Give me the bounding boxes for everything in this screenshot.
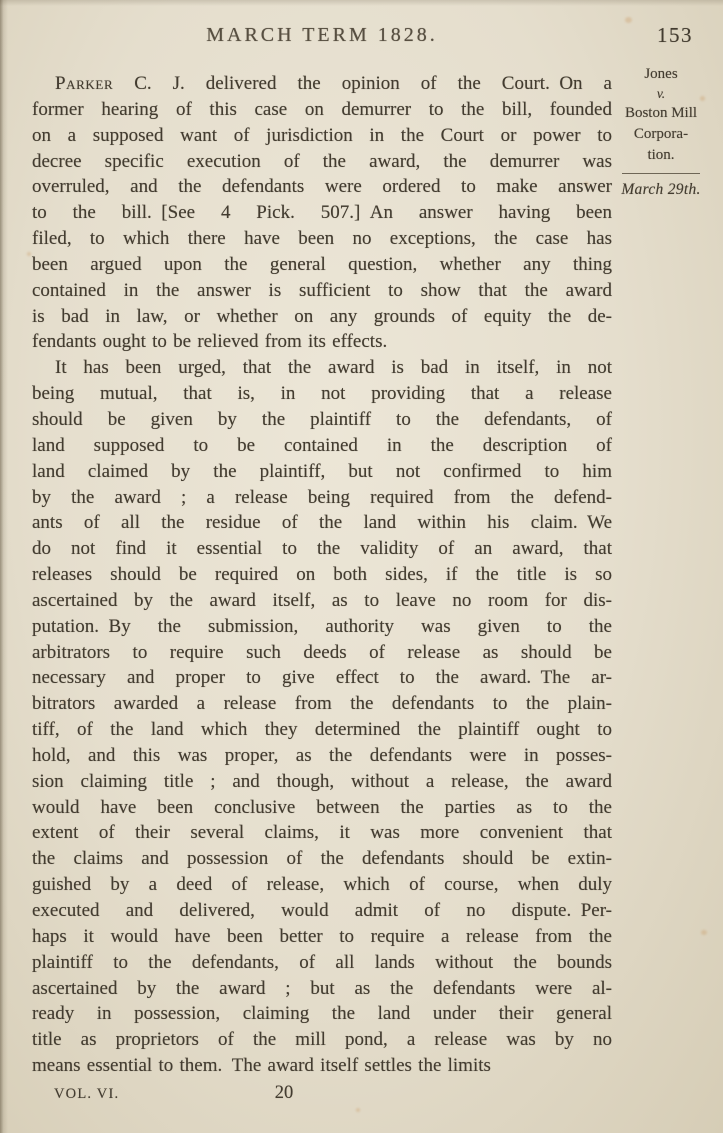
page-left-edge-shadow bbox=[0, 0, 8, 1133]
opening-line-rest: C. J. delivered the opinion of the Court… bbox=[113, 73, 612, 94]
text-line: land supposed to be contained in the des… bbox=[32, 433, 612, 459]
text-line: to the bill. [See 4 Pick. 507.] An answe… bbox=[32, 200, 612, 226]
paper-stain bbox=[356, 1108, 360, 1112]
text-line: by the award ; a release being required … bbox=[32, 485, 612, 511]
margin-notes: Jones v. Boston Mill Corpora- tion. Marc… bbox=[601, 64, 721, 200]
volume-label: VOL. VI. bbox=[54, 1086, 119, 1103]
page-top-edge-shadow bbox=[0, 0, 723, 6]
text-line: releases should be required on both side… bbox=[32, 562, 612, 588]
text-line: would have been conclusive between the p… bbox=[32, 795, 612, 821]
margin-divider-rule bbox=[622, 173, 700, 174]
page-number: 153 bbox=[643, 23, 707, 48]
paper-stain bbox=[701, 930, 707, 935]
text-line: haps it would have been better to requir… bbox=[32, 924, 612, 950]
text-line: plaintiff to the defendants, of all land… bbox=[32, 950, 612, 976]
text-line: guished by a deed of release, which of c… bbox=[32, 872, 612, 898]
text-line: land claimed by the plaintiff, but not c… bbox=[32, 459, 612, 485]
text-line: putation. By the submission, authority w… bbox=[32, 614, 612, 640]
text-line: extent of their several claims, it was m… bbox=[32, 820, 612, 846]
text-line: the claims and possession of the defenda… bbox=[32, 846, 612, 872]
text-line: overruled, and the defendants were order… bbox=[32, 174, 612, 200]
case-versus: v. bbox=[601, 85, 721, 103]
text-line: arbitrators to require such deeds of rel… bbox=[32, 640, 612, 666]
case-party-defendant-1: Boston Mill bbox=[601, 103, 721, 124]
text-line: title as proprietors of the mill pond, a… bbox=[32, 1027, 612, 1053]
text-line: being mutual, that is, in not providing … bbox=[32, 381, 612, 407]
text-line: former hearing of this case on demurrer … bbox=[32, 97, 612, 123]
text-line: ready in possession, claiming the land u… bbox=[32, 1001, 612, 1027]
paper-stain bbox=[625, 17, 632, 23]
decision-date-note: March 29th. bbox=[601, 179, 721, 200]
judge-name: Parker bbox=[55, 73, 113, 94]
text-line: is bad in law, or whether on any grounds… bbox=[32, 304, 612, 330]
paragraph-2-first-line: It has been urged, that the award is bad… bbox=[32, 355, 612, 381]
text-line: on a supposed want of jurisdiction in th… bbox=[32, 123, 612, 149]
text-line: executed and delivered, would admit of n… bbox=[32, 898, 612, 924]
paragraph-2: being mutual, that is, in not providing … bbox=[32, 381, 612, 1079]
text-line: sion claiming title ; and though, withou… bbox=[32, 769, 612, 795]
signature-number: 20 bbox=[262, 1083, 306, 1104]
text-line: ascertained by the award itself, as to l… bbox=[32, 588, 612, 614]
opinion-text: Parker C. J. delivered the opinion of th… bbox=[32, 71, 612, 1079]
text-line: filed, to which there have been no excep… bbox=[32, 226, 612, 252]
book-page: MARCH TERM 1828. 153 Parker C. J. delive… bbox=[0, 0, 723, 1133]
text-line: tiff, of the land which they determined … bbox=[32, 717, 612, 743]
text-line: contained in the answer is sufficient to… bbox=[32, 278, 612, 304]
case-party-plaintiff: Jones bbox=[601, 64, 721, 85]
case-name-note: Jones v. Boston Mill Corpora- tion. bbox=[601, 64, 721, 166]
text-line: decree specific execution of the award, … bbox=[32, 149, 612, 175]
text-line-opening: Parker C. J. delivered the opinion of th… bbox=[32, 71, 612, 97]
text-line: fendants ought to be relieved from its e… bbox=[32, 329, 612, 355]
running-head-title: MARCH TERM 1828. bbox=[32, 24, 612, 47]
text-line: should be given by the plaintiff to the … bbox=[32, 407, 612, 433]
text-line: ants of all the residue of the land with… bbox=[32, 510, 612, 536]
text-line: means essential to them. The award itsel… bbox=[32, 1053, 612, 1079]
text-line: do not find it essential to the validity… bbox=[32, 536, 612, 562]
case-party-defendant-3: tion. bbox=[601, 145, 721, 166]
text-line: been argued upon the general question, w… bbox=[32, 252, 612, 278]
paper-stain bbox=[27, 252, 31, 256]
case-party-defendant-2: Corpora- bbox=[601, 124, 721, 145]
text-line: bitrators awarded a release from the def… bbox=[32, 691, 612, 717]
text-line: hold, and this was proper, as the defend… bbox=[32, 743, 612, 769]
text-line: necessary and proper to give effect to t… bbox=[32, 665, 612, 691]
text-line: ascertained by the award ; but as the de… bbox=[32, 976, 612, 1002]
paragraph-1: former hearing of this case on demurrer … bbox=[32, 97, 612, 355]
